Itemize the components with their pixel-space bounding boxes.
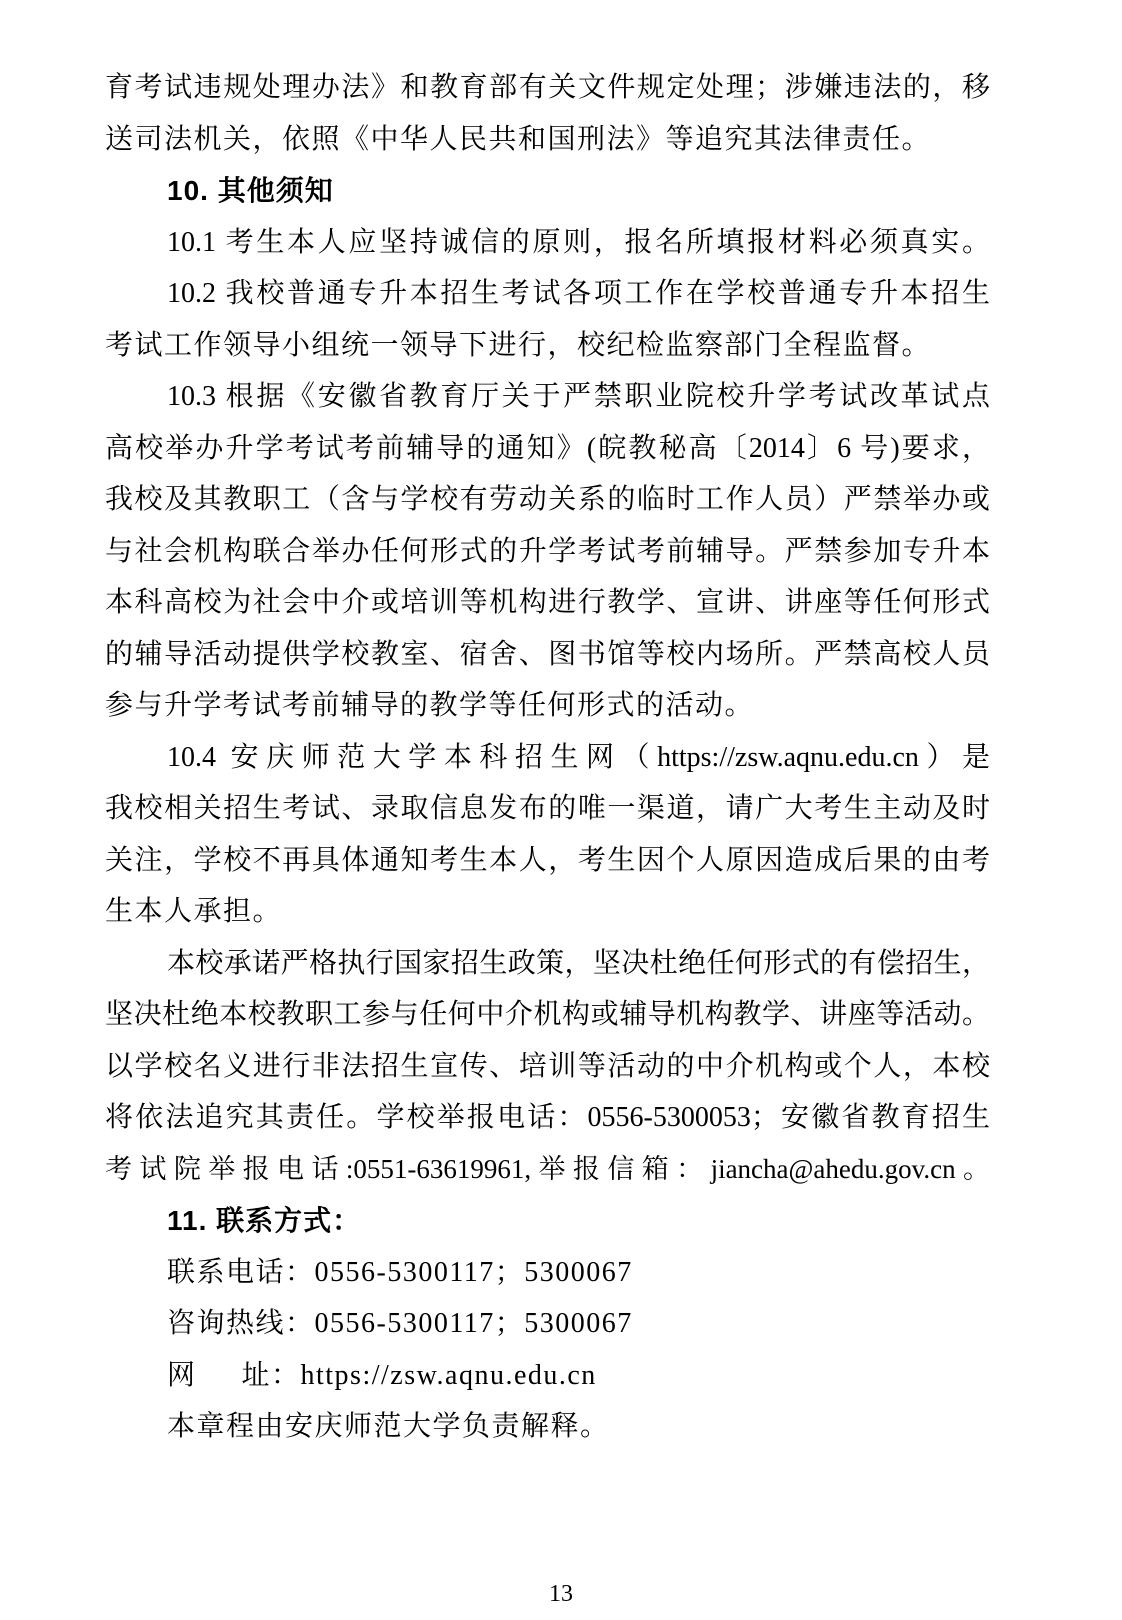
text-line: 考试工作领导小组统一领导下进行，校纪检监察部门全程监督。 [105, 320, 990, 372]
text-line: 本章程由安庆师范大学负责解释。 [105, 1401, 990, 1453]
text-line: 10.3 根据《安徽省教育厅关于严禁职业院校升学考试改革试点 [105, 371, 990, 423]
text-line: 关注，学校不再具体通知考生本人，考生因个人原因造成后果的由考 [105, 835, 990, 887]
text-line: 咨询热线：0556-5300117；5300067 [105, 1298, 990, 1350]
text-line: 我校及其教职工（含与学校有劳动关系的临时工作人员）严禁举办或 [105, 474, 990, 526]
text-line: 10.2 我校普通专升本招生考试各项工作在学校普通专升本招生 [105, 268, 990, 320]
text-line: 参与升学考试考前辅导的教学等任何形式的活动。 [105, 680, 990, 732]
text-line: 以学校名义进行非法招生宣传、培训等活动的中介机构或个人，本校 [105, 1041, 990, 1093]
text-line: 送司法机关，依照《中华人民共和国刑法》等追究其法律责任。 [105, 114, 990, 166]
text-line: 考试院举报电话:0551-63619961,举报信箱：jiancha@ahedu… [105, 1144, 990, 1196]
text-line: 10.1 考生本人应坚持诚信的原则，报名所填报材料必须真实。 [105, 217, 990, 269]
text-line: 我校相关招生考试、录取信息发布的唯一渠道，请广大考生主动及时 [105, 783, 990, 835]
text-line: 的辅导活动提供学校教室、宿舍、图书馆等校内场所。严禁高校人员 [105, 629, 990, 681]
section-heading: 11. 联系方式： [105, 1195, 990, 1247]
section-heading: 10. 其他须知 [105, 165, 990, 217]
text-line: 高校举办升学考试考前辅导的通知》(皖教秘高〔2014〕6 号)要求， [105, 423, 990, 475]
document-body: 育考试违规处理办法》和教育部有关文件规定处理；涉嫌违法的，移送司法机关，依照《中… [105, 62, 990, 1453]
text-line: 将依法追究其责任。学校举报电话：0556-5300053；安徽省教育招生 [105, 1092, 990, 1144]
text-line: 生本人承担。 [105, 886, 990, 938]
text-line: 坚决杜绝本校教职工参与任何中介机构或辅导机构教学、讲座等活动。 [105, 989, 990, 1041]
text-line: 本校承诺严格执行国家招生政策，坚决杜绝任何形式的有偿招生， [105, 938, 990, 990]
text-line: 联系电话：0556-5300117；5300067 [105, 1247, 990, 1299]
text-line: 本科高校为社会中介或培训等机构进行教学、宣讲、讲座等任何形式 [105, 577, 990, 629]
text-line: 育考试违规处理办法》和教育部有关文件规定处理；涉嫌违法的，移 [105, 62, 990, 114]
text-line: 10.4 安庆师范大学本科招生网（https://zsw.aqnu.edu.cn… [105, 732, 990, 784]
page-number: 13 [0, 1582, 1122, 1606]
text-line: 网 址：https://zsw.aqnu.edu.cn [105, 1350, 990, 1402]
text-line: 与社会机构联合举办任何形式的升学考试考前辅导。严禁参加专升本 [105, 526, 990, 578]
